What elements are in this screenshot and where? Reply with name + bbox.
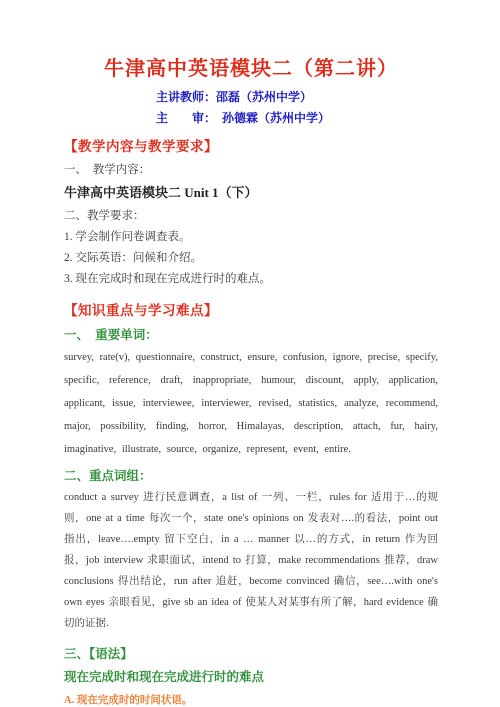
grammar-section-heading: 三、【语法】 xyxy=(64,646,438,663)
requirement-item: 2. 交际英语：问候和介绍。 xyxy=(64,250,438,266)
teaching-content-label: 一、 教学内容： xyxy=(64,162,438,178)
important-words-heading: 一、 重要单词： xyxy=(64,327,438,344)
document-page: 牛津高中英语模块二（第二讲） 主讲教师：邵磊（苏州中学） 主 审： 孙德霖（苏州… xyxy=(0,0,500,707)
key-phrases-paragraph: conduct a survey 进行民意调查，a list of 一列、一栏，… xyxy=(64,487,438,634)
credits-block: 主讲教师：邵磊（苏州中学） 主 审： 孙德霖（苏州中学） xyxy=(64,87,438,129)
requirement-item: 3. 现在完成时和现在完成进行时的难点。 xyxy=(64,271,438,287)
module-title: 牛津高中英语模块二 Unit 1（下） xyxy=(64,184,438,202)
lecturer-line: 主讲教师：邵磊（苏州中学） xyxy=(156,87,438,108)
grammar-subheading: 现在完成时和现在完成进行时的难点 xyxy=(64,669,438,686)
key-phrases-heading: 二、重点词组： xyxy=(64,468,438,485)
reviewer-line: 主 审： 孙德霖（苏州中学） xyxy=(156,108,438,129)
knowledge-section-heading: 【知识重点与学习难点】 xyxy=(64,302,438,320)
teaching-section-heading: 【教学内容与教学要求】 xyxy=(64,138,438,156)
page-title: 牛津高中英语模块二（第二讲） xyxy=(64,56,438,82)
important-words-paragraph: survey, rate(v), questionnaire, construc… xyxy=(64,346,438,461)
requirements-list: 1. 学会制作问卷调查表。 2. 交际英语：问候和介绍。 3. 现在完成时和现在… xyxy=(64,229,438,287)
grammar-point-a: A. 现在完成时的时间状语。 xyxy=(64,693,438,707)
teaching-requirements-label: 二、教学要求： xyxy=(64,208,438,224)
requirement-item: 1. 学会制作问卷调查表。 xyxy=(64,229,438,245)
